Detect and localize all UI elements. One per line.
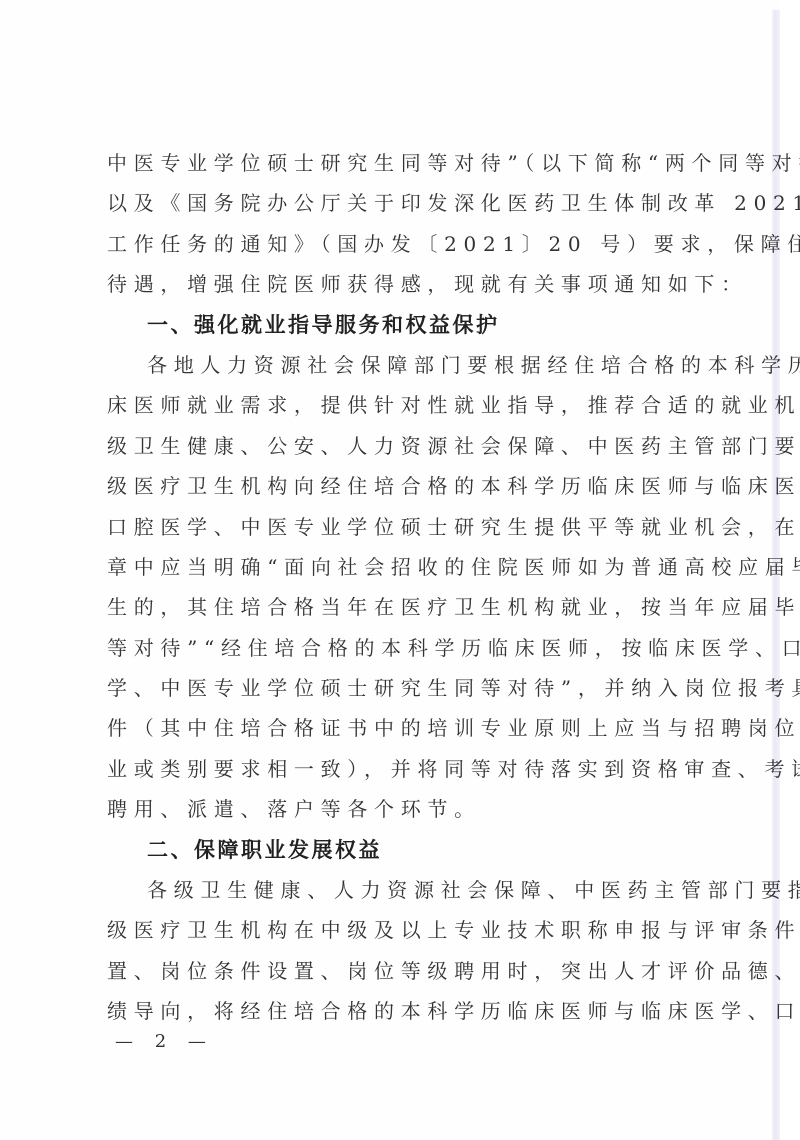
- document-page: 中医专业学位硕士研究生同等对待”（以下简称“两个同等对待”）， 以及《国务院办公…: [0, 0, 800, 1140]
- body-line: 业或类别要求相一致），并将同等对待落实到资格审查、考试考察、: [107, 749, 707, 789]
- body-line: 级卫生健康、公安、人力资源社会保障、中医药主管部门要指导各: [107, 426, 707, 466]
- body-line: 等对待”“经住培合格的本科学历临床医师，按临床医学、口腔医: [107, 628, 707, 668]
- body-line: 口腔医学、中医专业学位硕士研究生提供平等就业机会，在招聘简: [107, 507, 707, 547]
- body-line: 聘用、派遣、落户等各个环节。: [107, 789, 707, 829]
- section-heading-2: 二、保障职业发展权益: [107, 830, 707, 870]
- body-line: 生的，其住培合格当年在医疗卫生机构就业，按当年应届毕业生同: [107, 587, 707, 627]
- body-line: 待遇，增强住院医师获得感，现就有关事项通知如下：: [107, 264, 707, 304]
- body-line: 级医疗卫生机构在中级及以上专业技术职称申报与评审条件设: [107, 910, 707, 950]
- body-line: 中医专业学位硕士研究生同等对待”（以下简称“两个同等对待”），: [107, 143, 707, 183]
- body-line: 级医疗卫生机构向经住培合格的本科学历临床医师与临床医学、: [107, 466, 707, 506]
- paragraph-start: 各地人力资源社会保障部门要根据经住培合格的本科学历临: [107, 345, 707, 385]
- body-line: 床医师就业需求，提供针对性就业指导，推荐合适的就业机会。各: [107, 385, 707, 425]
- body-line: 件（其中住培合格证书中的培训专业原则上应当与招聘岗位的专: [107, 708, 707, 748]
- section-heading-1: 一、强化就业指导服务和权益保护: [107, 305, 707, 345]
- body-line: 工作任务的通知》（国办发〔2021〕20 号）要求，保障住院医师合理: [107, 224, 707, 264]
- paragraph-start: 各级卫生健康、人力资源社会保障、中医药主管部门要指导各: [107, 870, 707, 910]
- body-line: 学、中医专业学位硕士研究生同等对待”，并纳入岗位报考具体条: [107, 668, 707, 708]
- page-number: — 2 —: [115, 1031, 214, 1052]
- body-line: 置、岗位条件设置、岗位等级聘用时，突出人才评价品德、能力、业: [107, 951, 707, 991]
- body-line: 以及《国务院办公厅关于印发深化医药卫生体制改革 2021 年重点: [107, 183, 707, 223]
- body-line: 章中应当明确“面向社会招收的住院医师如为普通高校应届毕业: [107, 547, 707, 587]
- document-body: 中医专业学位硕士研究生同等对待”（以下简称“两个同等对待”）， 以及《国务院办公…: [107, 143, 707, 1032]
- body-line: 绩导向，将经住培合格的本科学历临床医师与临床医学、口腔医: [107, 991, 707, 1031]
